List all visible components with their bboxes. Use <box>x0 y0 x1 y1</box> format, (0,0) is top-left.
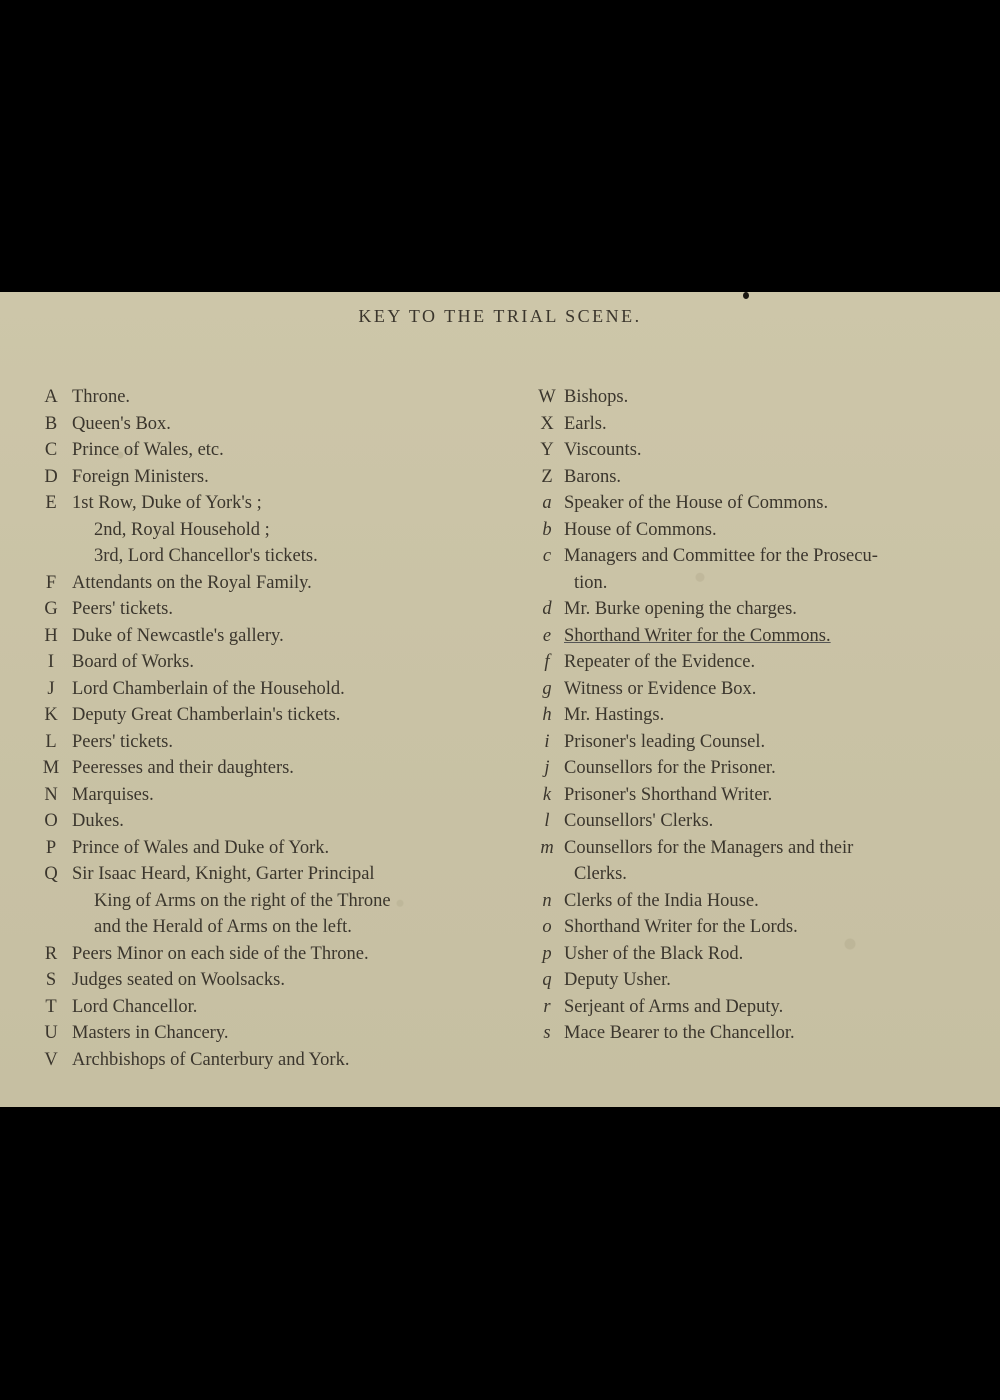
key-letter: f <box>530 649 564 676</box>
description-line: Prisoner's Shorthand Writer. <box>564 782 990 809</box>
key-entry: ODukes. <box>30 808 500 835</box>
key-description: Board of Works. <box>72 649 500 676</box>
page-title: KEY TO THE TRIAL SCENE. <box>0 306 1000 327</box>
key-letter: l <box>530 808 564 835</box>
description-line: Duke of Newcastle's gallery. <box>72 623 500 650</box>
key-description: Prince of Wales and Duke of York. <box>72 835 500 862</box>
key-letter: T <box>30 994 72 1021</box>
description-line: Viscounts. <box>564 437 990 464</box>
key-entry: BQueen's Box. <box>30 411 500 438</box>
key-letter: U <box>30 1020 72 1047</box>
key-description: Counsellors for the Prisoner. <box>564 755 990 782</box>
key-entry: IBoard of Works. <box>30 649 500 676</box>
description-continuation: and the Herald of Arms on the left. <box>72 914 500 941</box>
key-description: Throne. <box>72 384 500 411</box>
description-line: Barons. <box>564 464 990 491</box>
key-letter: J <box>30 676 72 703</box>
key-description: Shorthand Writer for the Lords. <box>564 914 990 941</box>
document-page: KEY TO THE TRIAL SCENE. AThrone.BQueen's… <box>0 292 1000 1107</box>
key-description: Bishops. <box>564 384 990 411</box>
key-letter: E <box>30 490 72 570</box>
key-description: Foreign Ministers. <box>72 464 500 491</box>
description-line: Repeater of the Evidence. <box>564 649 990 676</box>
key-letter: d <box>530 596 564 623</box>
description-line: Deputy Great Chamberlain's tickets. <box>72 702 500 729</box>
key-description: Barons. <box>564 464 990 491</box>
key-letter: B <box>30 411 72 438</box>
key-description: House of Commons. <box>564 517 990 544</box>
key-letter: I <box>30 649 72 676</box>
key-description: Queen's Box. <box>72 411 500 438</box>
key-letter: L <box>30 729 72 756</box>
key-description: 1st Row, Duke of York's ;2nd, Royal Hous… <box>72 490 500 570</box>
description-line: Archbishops of Canterbury and York. <box>72 1047 500 1074</box>
key-letter: V <box>30 1047 72 1074</box>
key-column-right: WBishops.XEarls.YViscounts.ZBarons.aSpea… <box>530 384 990 1047</box>
description-line: Marquises. <box>72 782 500 809</box>
key-description: Prisoner's leading Counsel. <box>564 729 990 756</box>
key-letter: S <box>30 967 72 994</box>
key-letter: i <box>530 729 564 756</box>
key-description: Archbishops of Canterbury and York. <box>72 1047 500 1074</box>
key-entry: pUsher of the Black Rod. <box>530 941 990 968</box>
key-letter: O <box>30 808 72 835</box>
key-description: Counsellors' Clerks. <box>564 808 990 835</box>
key-entry: XEarls. <box>530 411 990 438</box>
key-description: Speaker of the House of Commons. <box>564 490 990 517</box>
description-line: Peers' tickets. <box>72 729 500 756</box>
key-description: Mr. Hastings. <box>564 702 990 729</box>
key-letter: H <box>30 623 72 650</box>
key-letter: Q <box>30 861 72 941</box>
key-letter: b <box>530 517 564 544</box>
key-letter: g <box>530 676 564 703</box>
key-entry: lCounsellors' Clerks. <box>530 808 990 835</box>
description-continuation: 2nd, Royal Household ; <box>72 517 500 544</box>
description-line: Peers Minor on each side of the Throne. <box>72 941 500 968</box>
key-entry: kPrisoner's Shorthand Writer. <box>530 782 990 809</box>
key-letter: K <box>30 702 72 729</box>
key-letter: C <box>30 437 72 464</box>
key-entry: SJudges seated on Woolsacks. <box>30 967 500 994</box>
key-entry: iPrisoner's leading Counsel. <box>530 729 990 756</box>
description-line: Usher of the Black Rod. <box>564 941 990 968</box>
key-entry: PPrince of Wales and Duke of York. <box>30 835 500 862</box>
description-continuation: King of Arms on the right of the Throne <box>72 888 500 915</box>
key-entry: NMarquises. <box>30 782 500 809</box>
key-letter: p <box>530 941 564 968</box>
description-line: Shorthand Writer for the Commons. <box>564 623 990 650</box>
key-entry: E1st Row, Duke of York's ;2nd, Royal Hou… <box>30 490 500 570</box>
description-line: Deputy Usher. <box>564 967 990 994</box>
description-line: Mace Bearer to the Chancellor. <box>564 1020 990 1047</box>
key-entry: oShorthand Writer for the Lords. <box>530 914 990 941</box>
key-entry: AThrone. <box>30 384 500 411</box>
description-line: Mr. Hastings. <box>564 702 990 729</box>
key-letter: Z <box>530 464 564 491</box>
key-entry: FAttendants on the Royal Family. <box>30 570 500 597</box>
key-letter: A <box>30 384 72 411</box>
key-entry: YViscounts. <box>530 437 990 464</box>
key-entry: fRepeater of the Evidence. <box>530 649 990 676</box>
key-entry: GPeers' tickets. <box>30 596 500 623</box>
description-line: Peeresses and their daughters. <box>72 755 500 782</box>
key-entry: MPeeresses and their daughters. <box>30 755 500 782</box>
key-entry: qDeputy Usher. <box>530 967 990 994</box>
key-description: Dukes. <box>72 808 500 835</box>
key-column-left: AThrone.BQueen's Box.CPrince of Wales, e… <box>30 384 500 1073</box>
key-description: Judges seated on Woolsacks. <box>72 967 500 994</box>
description-line: Masters in Chancery. <box>72 1020 500 1047</box>
key-description: Peers Minor on each side of the Throne. <box>72 941 500 968</box>
description-continuation: tion. <box>564 570 990 597</box>
description-line: Lord Chamberlain of the Household. <box>72 676 500 703</box>
key-letter: M <box>30 755 72 782</box>
key-letter: e <box>530 623 564 650</box>
key-entry: jCounsellors for the Prisoner. <box>530 755 990 782</box>
key-entry: aSpeaker of the House of Commons. <box>530 490 990 517</box>
description-line: Shorthand Writer for the Lords. <box>564 914 990 941</box>
key-description: Deputy Usher. <box>564 967 990 994</box>
key-description: Earls. <box>564 411 990 438</box>
key-description: Shorthand Writer for the Commons. <box>564 623 990 650</box>
key-entry: TLord Chancellor. <box>30 994 500 1021</box>
key-letter: W <box>530 384 564 411</box>
key-description: Managers and Committee for the Prosecu-t… <box>564 543 990 596</box>
description-line: Serjeant of Arms and Deputy. <box>564 994 990 1021</box>
key-entry: LPeers' tickets. <box>30 729 500 756</box>
key-letter: r <box>530 994 564 1021</box>
key-description: Counsellors for the Managers and theirCl… <box>564 835 990 888</box>
key-description: Sir Isaac Heard, Knight, Garter Principa… <box>72 861 500 941</box>
key-description: Lord Chancellor. <box>72 994 500 1021</box>
description-line: Prisoner's leading Counsel. <box>564 729 990 756</box>
key-letter: n <box>530 888 564 915</box>
key-description: Duke of Newcastle's gallery. <box>72 623 500 650</box>
key-letter: c <box>530 543 564 596</box>
key-description: Masters in Chancery. <box>72 1020 500 1047</box>
description-line: Prince of Wales and Duke of York. <box>72 835 500 862</box>
key-description: Deputy Great Chamberlain's tickets. <box>72 702 500 729</box>
key-entry: bHouse of Commons. <box>530 517 990 544</box>
key-description: Witness or Evidence Box. <box>564 676 990 703</box>
key-description: Peers' tickets. <box>72 596 500 623</box>
description-line: Speaker of the House of Commons. <box>564 490 990 517</box>
description-line: Counsellors' Clerks. <box>564 808 990 835</box>
key-description: Clerks of the India House. <box>564 888 990 915</box>
key-letter: o <box>530 914 564 941</box>
key-description: Prisoner's Shorthand Writer. <box>564 782 990 809</box>
key-letter: q <box>530 967 564 994</box>
key-entry: UMasters in Chancery. <box>30 1020 500 1047</box>
description-line: Dukes. <box>72 808 500 835</box>
key-entry: eShorthand Writer for the Commons. <box>530 623 990 650</box>
description-line: Counsellors for the Managers and their <box>564 835 990 862</box>
description-line: Prince of Wales, etc. <box>72 437 500 464</box>
key-entry: DForeign Ministers. <box>30 464 500 491</box>
key-letter: s <box>530 1020 564 1047</box>
key-letter: k <box>530 782 564 809</box>
key-letter: N <box>30 782 72 809</box>
description-line: Mr. Burke opening the charges. <box>564 596 990 623</box>
key-letter: Y <box>530 437 564 464</box>
key-entry: HDuke of Newcastle's gallery. <box>30 623 500 650</box>
key-entry: ZBarons. <box>530 464 990 491</box>
key-letter: G <box>30 596 72 623</box>
key-description: Lord Chamberlain of the Household. <box>72 676 500 703</box>
key-description: Mr. Burke opening the charges. <box>564 596 990 623</box>
key-description: Peers' tickets. <box>72 729 500 756</box>
key-description: Usher of the Black Rod. <box>564 941 990 968</box>
ink-spot <box>743 292 749 299</box>
key-letter: m <box>530 835 564 888</box>
key-entry: KDeputy Great Chamberlain's tickets. <box>30 702 500 729</box>
key-entry: hMr. Hastings. <box>530 702 990 729</box>
description-line: Bishops. <box>564 384 990 411</box>
description-line: Throne. <box>72 384 500 411</box>
key-letter: R <box>30 941 72 968</box>
key-entry: WBishops. <box>530 384 990 411</box>
key-description: Peeresses and their daughters. <box>72 755 500 782</box>
key-entry: VArchbishops of Canterbury and York. <box>30 1047 500 1074</box>
description-line: Foreign Ministers. <box>72 464 500 491</box>
description-line: Peers' tickets. <box>72 596 500 623</box>
key-entry: gWitness or Evidence Box. <box>530 676 990 703</box>
key-letter: X <box>530 411 564 438</box>
description-line: Managers and Committee for the Prosecu- <box>564 543 990 570</box>
description-line: Earls. <box>564 411 990 438</box>
key-entry: mCounsellors for the Managers and theirC… <box>530 835 990 888</box>
key-entry: rSerjeant of Arms and Deputy. <box>530 994 990 1021</box>
key-description: Prince of Wales, etc. <box>72 437 500 464</box>
key-entry: dMr. Burke opening the charges. <box>530 596 990 623</box>
key-entry: QSir Isaac Heard, Knight, Garter Princip… <box>30 861 500 941</box>
key-description: Attendants on the Royal Family. <box>72 570 500 597</box>
key-entry: nClerks of the India House. <box>530 888 990 915</box>
key-entry: JLord Chamberlain of the Household. <box>30 676 500 703</box>
description-line: Counsellors for the Prisoner. <box>564 755 990 782</box>
description-continuation: 3rd, Lord Chancellor's tickets. <box>72 543 500 570</box>
key-description: Serjeant of Arms and Deputy. <box>564 994 990 1021</box>
key-entry: RPeers Minor on each side of the Throne. <box>30 941 500 968</box>
description-line: Sir Isaac Heard, Knight, Garter Principa… <box>72 861 500 888</box>
description-line: Queen's Box. <box>72 411 500 438</box>
description-line: 1st Row, Duke of York's ; <box>72 490 500 517</box>
key-entry: sMace Bearer to the Chancellor. <box>530 1020 990 1047</box>
key-letter: D <box>30 464 72 491</box>
key-letter: h <box>530 702 564 729</box>
description-line: Board of Works. <box>72 649 500 676</box>
key-description: Viscounts. <box>564 437 990 464</box>
description-line: Judges seated on Woolsacks. <box>72 967 500 994</box>
description-line: Attendants on the Royal Family. <box>72 570 500 597</box>
key-description: Repeater of the Evidence. <box>564 649 990 676</box>
key-letter: a <box>530 490 564 517</box>
description-line: Clerks of the India House. <box>564 888 990 915</box>
key-letter: F <box>30 570 72 597</box>
description-line: Witness or Evidence Box. <box>564 676 990 703</box>
description-continuation: Clerks. <box>564 861 990 888</box>
description-line: Lord Chancellor. <box>72 994 500 1021</box>
description-line: House of Commons. <box>564 517 990 544</box>
key-letter: P <box>30 835 72 862</box>
key-entry: CPrince of Wales, etc. <box>30 437 500 464</box>
key-letter: j <box>530 755 564 782</box>
key-entry: cManagers and Committee for the Prosecu-… <box>530 543 990 596</box>
key-description: Marquises. <box>72 782 500 809</box>
key-description: Mace Bearer to the Chancellor. <box>564 1020 990 1047</box>
